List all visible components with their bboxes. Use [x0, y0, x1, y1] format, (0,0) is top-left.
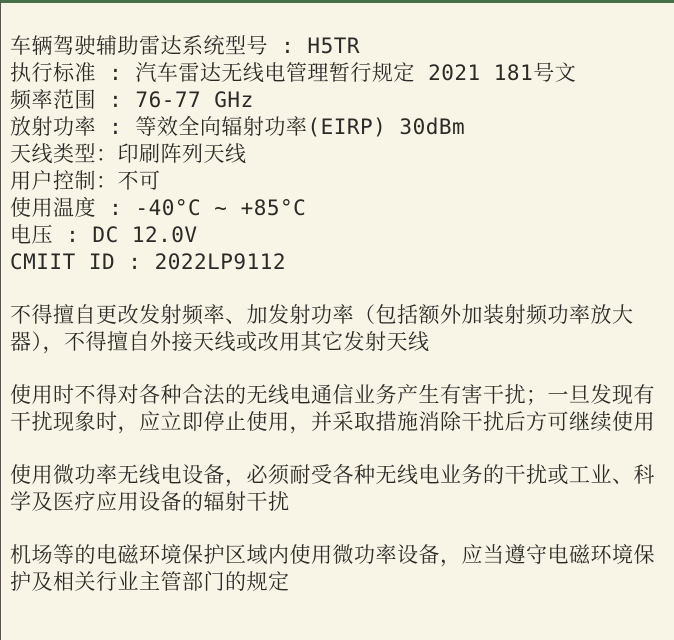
spec-line-model: 车辆驾驶辅助雷达系统型号 : H5TR: [10, 33, 668, 60]
spec-line-standard: 执行标准 : 汽车雷达无线电管理暂行规定 2021 181号文: [10, 60, 668, 87]
spec-line-voltage: 电压 : DC 12.0V: [10, 222, 668, 249]
notice-no-interference: 使用时不得对各种合法的无线电通信业务产生有害干扰；一旦发现有干扰现象时，应立即停…: [10, 382, 668, 436]
notice-block: 不得擅自更改发射频率、加发射功率（包括额外加装射频功率放大器），不得擅自外接天线…: [10, 302, 668, 596]
spec-line-cmiit-id: CMIIT ID : 2022LP9112: [10, 249, 668, 276]
notice-tolerate-interference: 使用微功率无线电设备，必须耐受各种无线电业务的干扰或工业、科学及医疗应用设备的辐…: [10, 462, 668, 516]
spec-line-antenna-type: 天线类型：印刷阵列天线: [10, 141, 668, 168]
notice-airport-protection: 机场等的电磁环境保护区域内使用微功率设备，应当遵守电磁环境保护及相关行业主管部门…: [10, 542, 668, 596]
spec-line-operating-temperature: 使用温度 : -40°C ~ +85°C: [10, 195, 668, 222]
spec-line-user-control: 用户控制：不可: [10, 168, 668, 195]
spec-block: 车辆驾驶辅助雷达系统型号 : H5TR 执行标准 : 汽车雷达无线电管理暂行规定…: [10, 33, 668, 276]
spec-line-radiated-power: 放射功率 : 等效全向辐射功率(EIRP) 30dBm: [10, 114, 668, 141]
compliance-label: 车辆驾驶辅助雷达系统型号 : H5TR 执行标准 : 汽车雷达无线电管理暂行规定…: [0, 0, 674, 640]
notice-no-modification: 不得擅自更改发射频率、加发射功率（包括额外加装射频功率放大器），不得擅自外接天线…: [10, 302, 668, 356]
spec-line-frequency-range: 频率范围 : 76-77 GHz: [10, 87, 668, 114]
